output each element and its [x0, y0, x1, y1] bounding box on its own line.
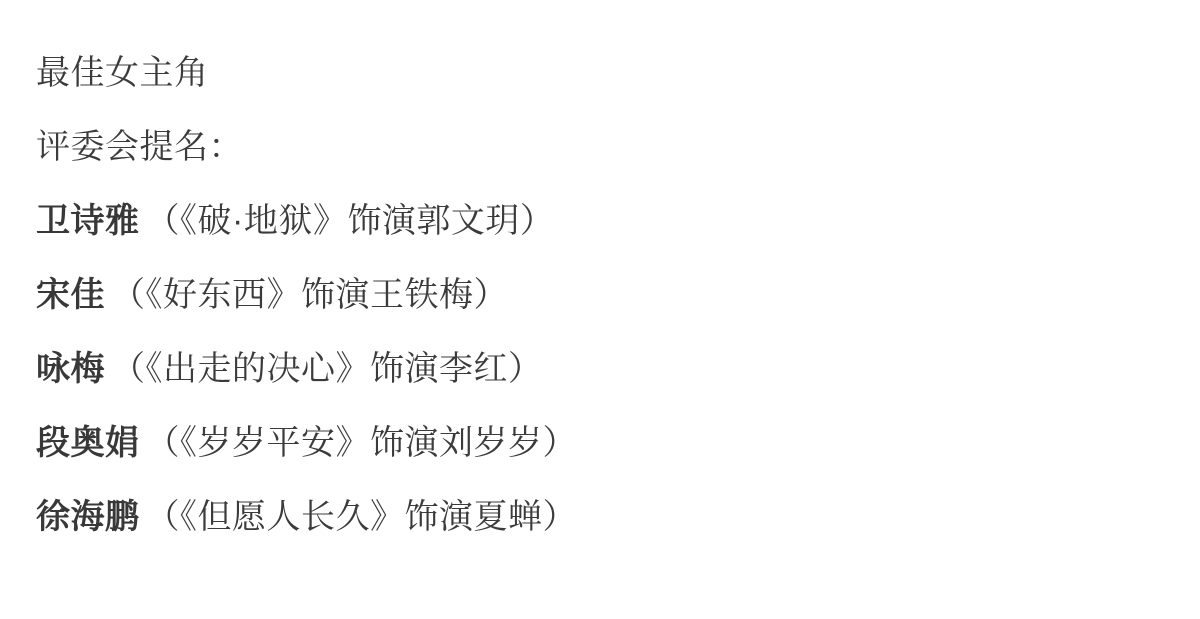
- nominee-name: 咏梅: [36, 350, 105, 388]
- nominee-name: 徐海鹏: [36, 498, 140, 536]
- nominee-detail: （《出走的决心》饰演李红）: [111, 350, 543, 388]
- nominee-detail: （《岁岁平安》饰演刘岁岁）: [146, 424, 578, 462]
- nominee-line: 咏梅（《出走的决心》饰演李红）: [36, 332, 1200, 406]
- page-title: 最佳女主角: [36, 36, 1200, 110]
- nominee-name: 段奥娟: [36, 424, 140, 462]
- nomination-text-block: 最佳女主角 评委会提名： 卫诗雅（《破·地狱》饰演郭文玥） 宋佳（《好东西》饰演…: [0, 0, 1200, 554]
- nominee-name: 宋佳: [36, 276, 105, 314]
- nominee-line: 段奥娟（《岁岁平安》饰演刘岁岁）: [36, 406, 1200, 480]
- nominee-name: 卫诗雅: [36, 202, 140, 240]
- subtitle: 评委会提名：: [36, 110, 1200, 184]
- nominee-line: 宋佳（《好东西》饰演王铁梅）: [36, 258, 1200, 332]
- nominee-detail: （《但愿人长久》饰演夏蝉）: [146, 498, 578, 536]
- nominee-line: 徐海鹏（《但愿人长久》饰演夏蝉）: [36, 480, 1200, 554]
- nominee-line: 卫诗雅（《破·地狱》饰演郭文玥）: [36, 184, 1200, 258]
- nominee-list: 卫诗雅（《破·地狱》饰演郭文玥） 宋佳（《好东西》饰演王铁梅） 咏梅（《出走的决…: [36, 184, 1200, 554]
- nominee-detail: （《破·地狱》饰演郭文玥）: [146, 202, 555, 240]
- nominee-detail: （《好东西》饰演王铁梅）: [111, 276, 508, 314]
